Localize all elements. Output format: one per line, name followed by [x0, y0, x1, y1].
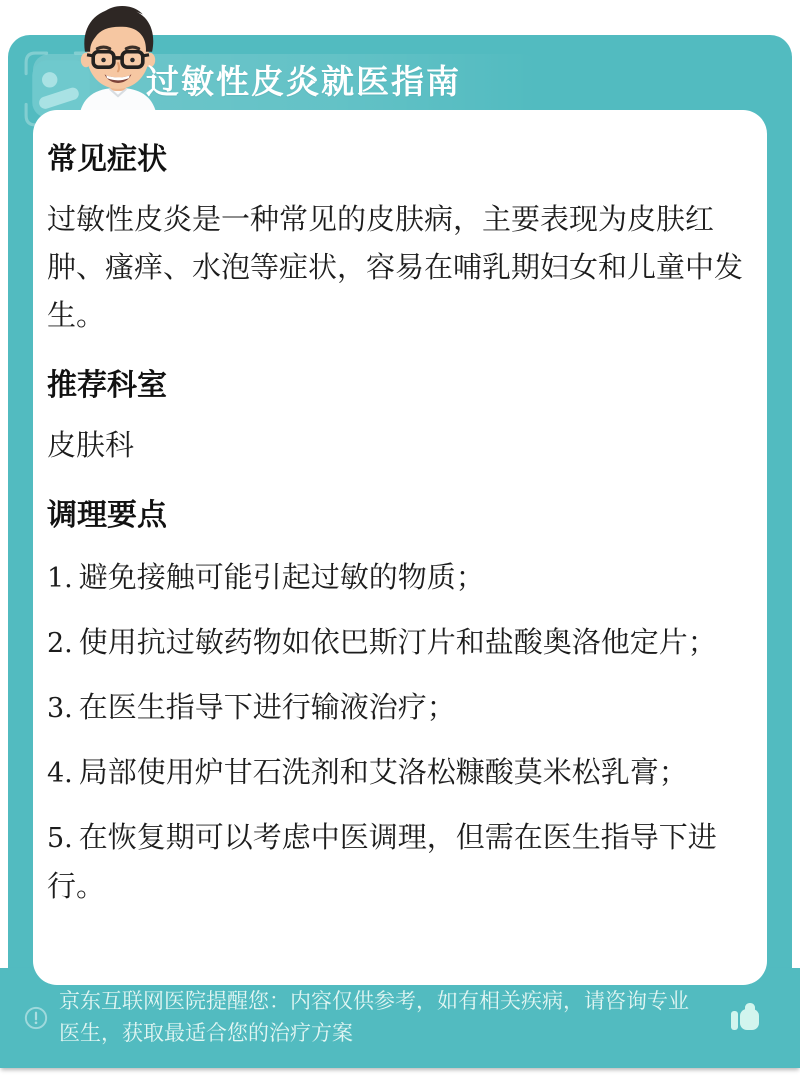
- list-item-number: 1.: [47, 563, 73, 594]
- list-item-text: 使用抗过敏药物如依巴斯汀片和盐酸奥洛他定片；: [79, 627, 717, 659]
- list-item: 1.避免接触可能引起过敏的物质；: [47, 554, 753, 603]
- list-item-text: 在医生指导下进行输液治疗；: [79, 692, 456, 724]
- list-item: 2.使用抗过敏药物如依巴斯汀片和盐酸奥洛他定片；: [47, 619, 753, 668]
- section-heading-department: 推荐科室: [47, 364, 753, 408]
- guide-page: 过敏性皮炎就医指南 常见症状 过敏性皮炎是一种常见的皮肤病，主要表现为皮肤红肿、…: [0, 0, 800, 1077]
- guide-content-card: 常见症状 过敏性皮炎是一种常见的皮肤病，主要表现为皮肤红肿、瘙痒、水泡等症状，容…: [33, 110, 767, 985]
- list-item-text: 局部使用炉甘石洗剂和艾洛松糠酸莫米松乳膏；: [79, 757, 688, 789]
- list-item-number: 3.: [47, 693, 73, 724]
- list-item: 4.局部使用炉甘石洗剂和艾洛松糠酸莫米松乳膏；: [47, 749, 753, 798]
- alert-circle-icon: [24, 1006, 48, 1030]
- thumbs-up-icon[interactable]: [722, 996, 766, 1040]
- section-heading-care-points: 调理要点: [47, 494, 753, 538]
- section-body-department: 皮肤科: [47, 422, 753, 470]
- list-item: 5.在恢复期可以考虑中医调理，但需在医生指导下进行。: [47, 814, 753, 911]
- list-item: 3.在医生指导下进行输液治疗；: [47, 684, 753, 733]
- page-title: 过敏性皮炎就医指南: [146, 54, 706, 110]
- list-item-number: 5.: [47, 823, 73, 854]
- section-body-symptoms: 过敏性皮炎是一种常见的皮肤病，主要表现为皮肤红肿、瘙痒、水泡等症状，容易在哺乳期…: [47, 196, 753, 340]
- disclaimer-text: 京东互联网医院提醒您：内容仅供参考，如有相关疾病，请咨询专业医生，获取最适合您的…: [59, 986, 707, 1050]
- list-item-text: 在恢复期可以考虑中医调理，但需在医生指导下进行。: [47, 822, 717, 903]
- list-item-number: 4.: [47, 758, 73, 789]
- list-item-number: 2.: [47, 628, 73, 659]
- list-item-text: 避免接触可能引起过敏的物质；: [79, 562, 485, 594]
- section-heading-symptoms: 常见症状: [47, 138, 753, 182]
